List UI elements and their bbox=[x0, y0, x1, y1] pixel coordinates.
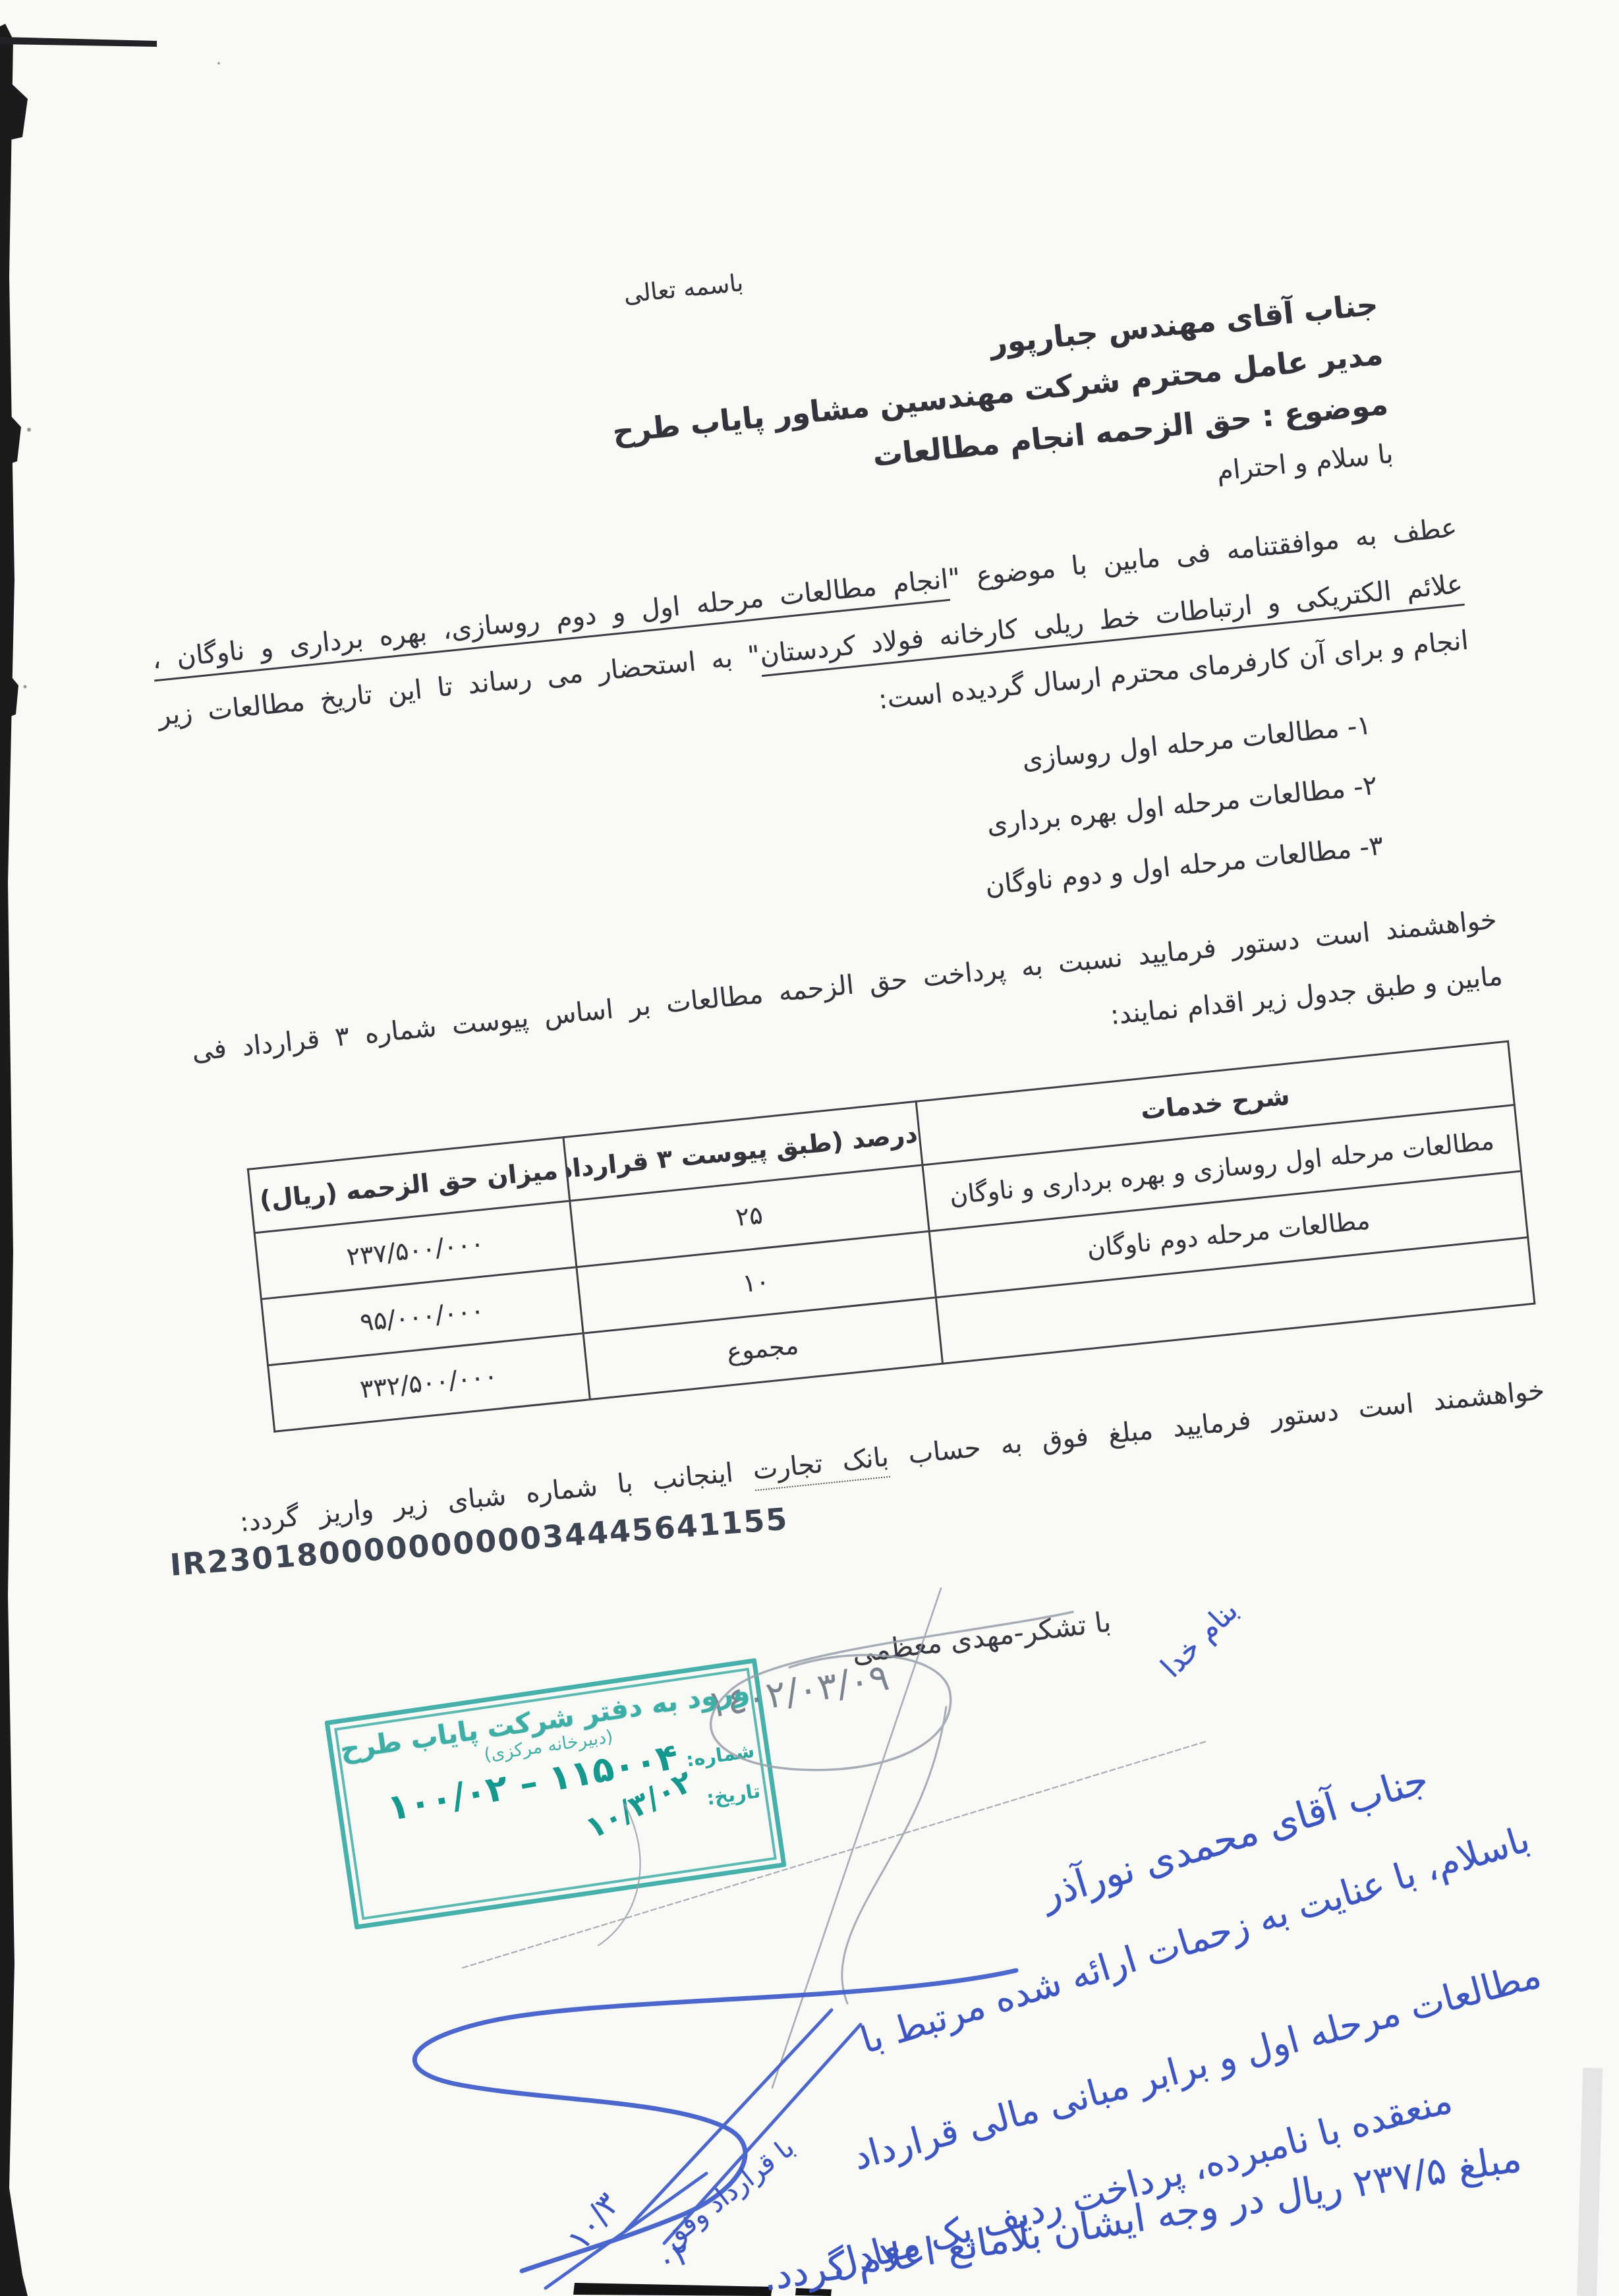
scan-speck bbox=[217, 62, 220, 65]
underlined-bank-name: بانک تجارت bbox=[751, 1442, 890, 1491]
letter-body: باسمه تعالی جناب آقای مهندس جبارپور مدیر… bbox=[119, 198, 1547, 1551]
top-edge-line bbox=[0, 37, 157, 47]
thanks-signature: با تشکر-مهدی معظمی bbox=[850, 1605, 1112, 1669]
left-edge-bump bbox=[5, 410, 21, 465]
entry-stamp: ورود به دفتر شرکت پایاب طرح (دبیرخانه مر… bbox=[324, 1658, 786, 1930]
stamp-number-label: شماره: bbox=[685, 1738, 756, 1771]
pencil-tail-stroke bbox=[842, 1707, 946, 2003]
closing-text: خواهشمند است دستور فرمایید مبلغ فوق به ح… bbox=[887, 1375, 1546, 1472]
bottom-edge-streak bbox=[573, 2283, 772, 2296]
stamp-date-label: تاریخ: bbox=[705, 1779, 762, 1809]
scan-speck bbox=[27, 428, 31, 432]
handwritten-side-note: با قرارداد وفق bbox=[658, 2133, 801, 2253]
scanned-letter-page: باسمه تعالی جناب آقای مهندس جبارپور مدیر… bbox=[0, 0, 1619, 2296]
left-edge-bump bbox=[5, 78, 28, 141]
handwritten-date-fragment: ۱۰/۳ bbox=[560, 2186, 627, 2257]
scan-speck bbox=[24, 685, 27, 689]
handwritten-note-line: مطالعات مرحله اول و برابر مبانی مالی قرا… bbox=[849, 1953, 1545, 2178]
right-edge-streak bbox=[1577, 2068, 1603, 2296]
left-edge-strip bbox=[0, 24, 28, 2296]
handwritten-besmellah: بنام خدا bbox=[1154, 1594, 1245, 1684]
left-edge-bump bbox=[5, 670, 18, 718]
